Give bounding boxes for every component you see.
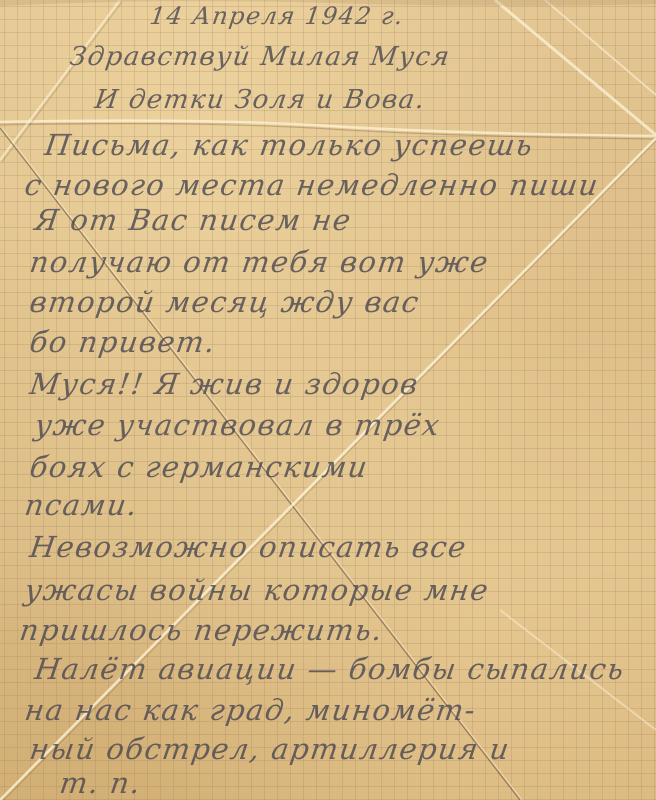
letter-date: 14 Апреля 1942 г. [148, 2, 406, 30]
body-line: ужасы войны которые мне [23, 573, 492, 607]
body-line: Я от Вас писем не [33, 203, 354, 237]
body-line: т. п. [58, 766, 144, 800]
body-line: псами. [23, 488, 141, 522]
body-line: ный обстрел, артиллерия и [28, 732, 513, 766]
body-line: бо привет. [28, 325, 219, 359]
greeting-line-2: И детки Золя и Вова. [93, 85, 428, 115]
body-line: Муся!! Я жив и здоров [28, 367, 422, 401]
letter-page: 14 Апреля 1942 г. Здравствуй Милая Муся … [0, 0, 656, 800]
body-line: уже участвовал в трёх [33, 408, 443, 442]
body-line: Невозможно описать все [28, 530, 470, 564]
body-line: Налёт авиации — бомбы сыпались [33, 652, 628, 686]
body-line: с нового места немедленно пиши [23, 168, 602, 202]
body-line: боях с германскими [28, 450, 371, 484]
body-line: на нас как град, миномёт- [23, 693, 479, 727]
body-line: второй месяц жду вас [28, 285, 422, 319]
body-line: пришлось пережить. [18, 613, 386, 647]
greeting-line-1: Здравствуй Милая Муся [68, 42, 452, 72]
body-line: Письма, как только успеешь [43, 128, 536, 162]
body-line: получаю от тебя вот уже [28, 245, 492, 279]
letter-text: 14 Апреля 1942 г. Здравствуй Милая Муся … [0, 0, 656, 800]
